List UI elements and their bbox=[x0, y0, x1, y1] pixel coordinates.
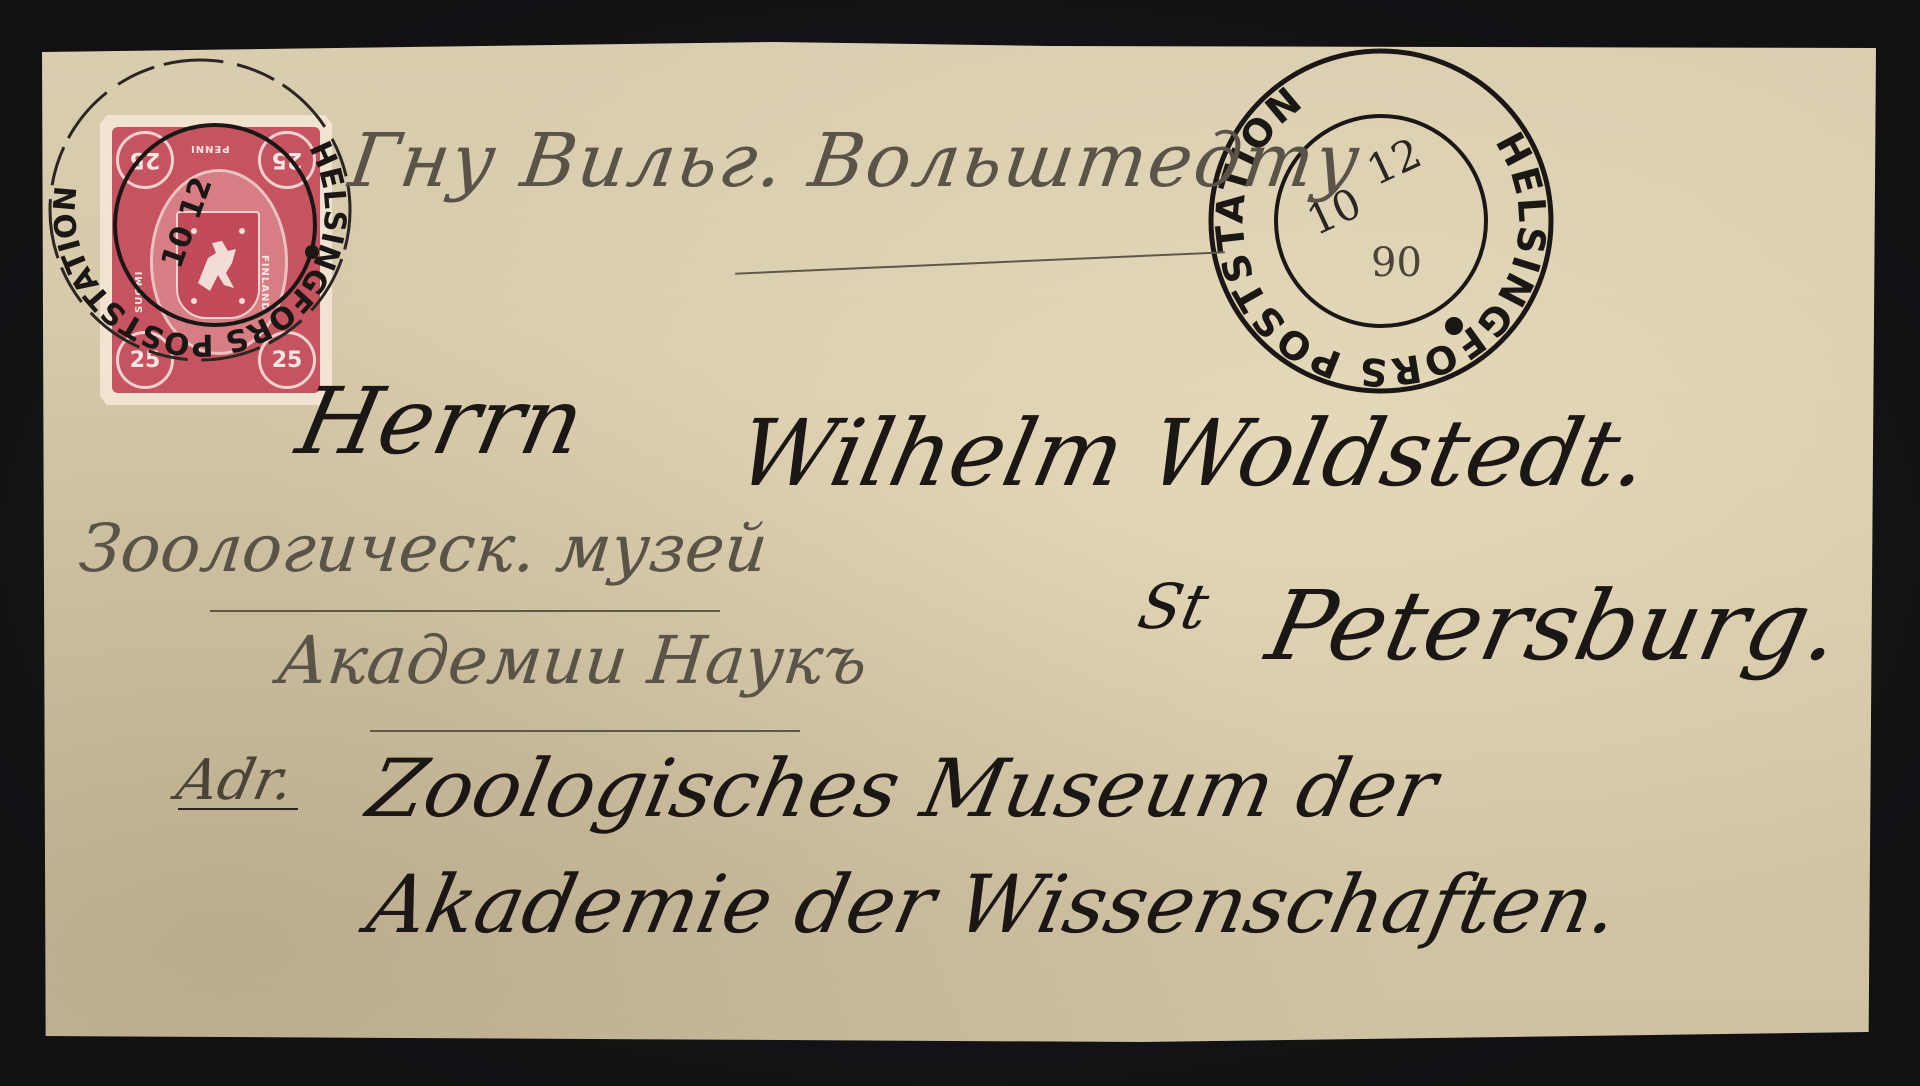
svg-text:90: 90 bbox=[1371, 240, 1422, 286]
svg-text:HELSINGFORS POSTSTATION: HELSINGFORS POSTSTATION bbox=[20, 50, 409, 418]
address-line-2: Akademie der Wissenschaften. bbox=[360, 858, 1627, 951]
stamp-cancel-postmark: HELSINGFORS POSTSTATION 10 12 bbox=[40, 50, 360, 370]
svg-text:HELSINGFORS POSTSTATION: HELSINGFORS POSTSTATION bbox=[1139, 0, 1623, 462]
svg-text:12: 12 bbox=[1360, 128, 1429, 195]
pencil-annotation-top: Гну Вильг. Вольштедту bbox=[344, 118, 1367, 204]
main-postmark: HELSINGFORS POSTSTATION 10 12 90 bbox=[1196, 36, 1566, 406]
pencil-annotation-left-2: Академии Наукъ bbox=[274, 622, 871, 699]
address-city: Petersburg. bbox=[1258, 570, 1851, 682]
address-salutation: Herrn bbox=[289, 368, 594, 475]
address-line-1: Zoologisches Museum der bbox=[360, 742, 1445, 835]
address-line-prefix: Adr. bbox=[171, 748, 300, 813]
pencil-underline-left-1 bbox=[210, 610, 720, 612]
address-recipient: Wilhelm Woldstedt. bbox=[729, 400, 1659, 507]
pencil-underline-left-2 bbox=[370, 730, 800, 732]
svg-text:10 12: 10 12 bbox=[155, 172, 220, 272]
pencil-annotation-left-1: Зоологическ. музей bbox=[76, 510, 771, 587]
address-prefix-underline bbox=[178, 808, 298, 810]
